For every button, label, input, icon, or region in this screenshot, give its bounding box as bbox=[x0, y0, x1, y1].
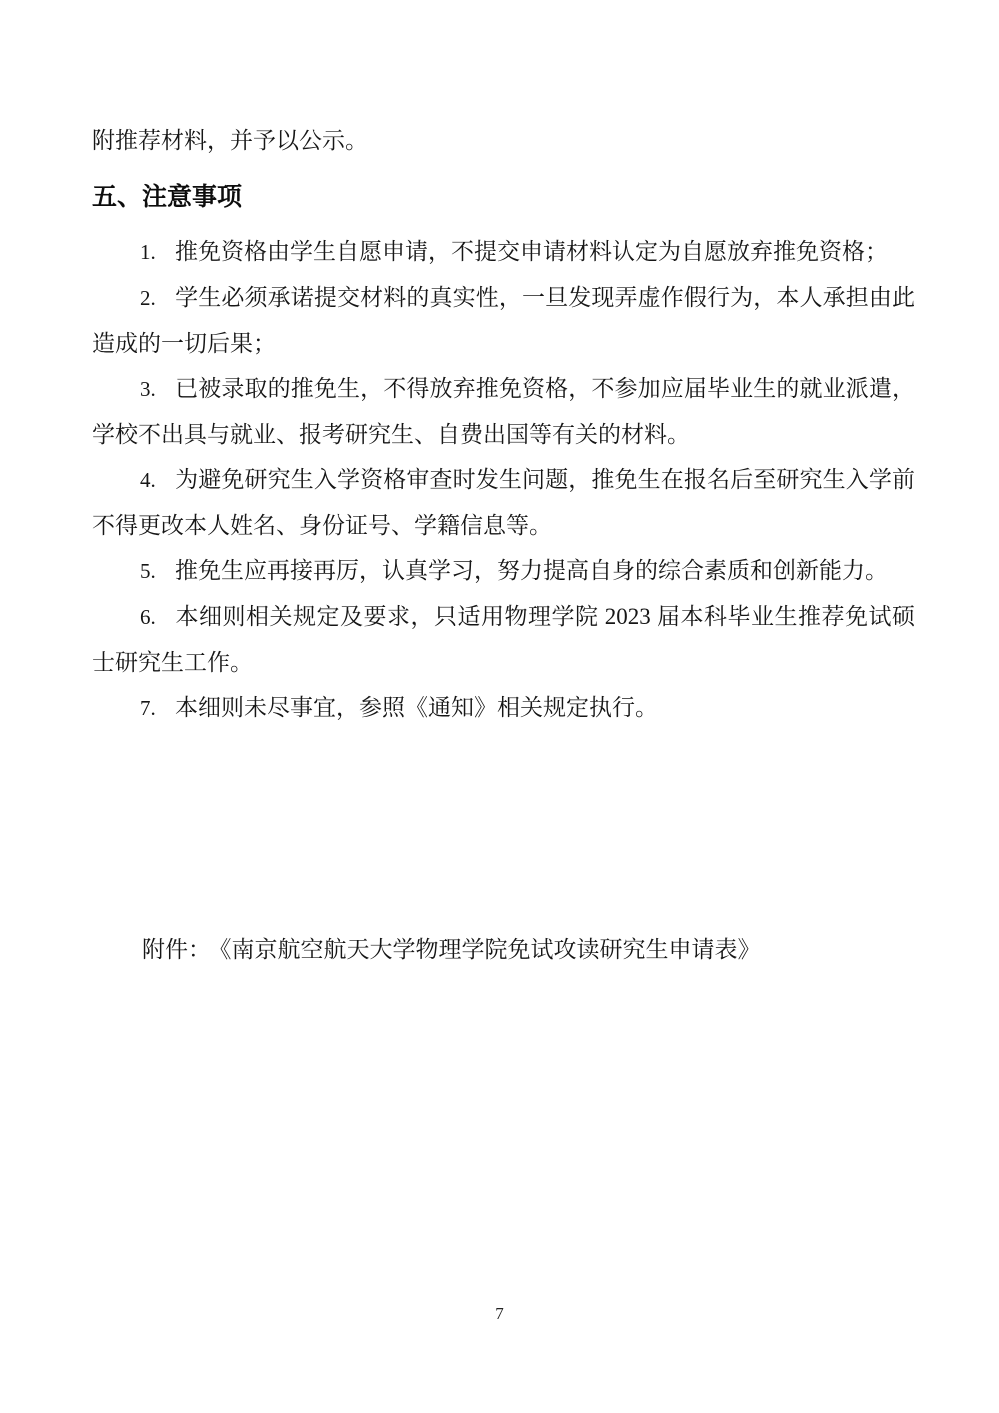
section-heading: 五、注意事项 bbox=[92, 175, 915, 219]
attachment-line: 附件：《南京航空航天大学物理学院免试攻读研究生申请表》 bbox=[92, 927, 915, 972]
list-item: 2.学生必须承诺提交材料的真实性，一旦发现弄虚作假行为，本人承担由此造成的一切后… bbox=[92, 275, 915, 366]
list-item: 4.为避免研究生入学资格审查时发生问题，推免生在报名后至研究生入学前不得更改本人… bbox=[92, 457, 915, 548]
page-content: 附推荐材料，并予以公示。 五、注意事项 1.推免资格由学生自愿申请，不提交申请材… bbox=[92, 118, 915, 972]
page-number: 7 bbox=[0, 1302, 999, 1326]
item-text: 已被录取的推免生，不得放弃推免资格，不参加应届毕业生的就业派遣，学校不出具与就业… bbox=[92, 376, 915, 447]
item-number: 3. bbox=[140, 367, 175, 412]
item-text: 推免生应再接再厉，认真学习，努力提高自身的综合素质和创新能力。 bbox=[175, 558, 888, 583]
item-number: 2. bbox=[140, 276, 175, 321]
item-text: 学生必须承诺提交材料的真实性，一旦发现弄虚作假行为，本人承担由此造成的一切后果； bbox=[92, 285, 915, 356]
item-text: 为避免研究生入学资格审查时发生问题，推免生在报名后至研究生入学前不得更改本人姓名… bbox=[92, 467, 915, 538]
item-text: 本细则相关规定及要求，只适用物理学院 2023 届本科毕业生推荐免试硕士研究生工… bbox=[92, 604, 915, 675]
list-item: 1.推免资格由学生自愿申请，不提交申请材料认定为自愿放弃推免资格； bbox=[92, 229, 915, 275]
list-item: 6.本细则相关规定及要求，只适用物理学院 2023 届本科毕业生推荐免试硕士研究… bbox=[92, 594, 915, 685]
item-number: 4. bbox=[140, 458, 175, 503]
intro-paragraph: 附推荐材料，并予以公示。 bbox=[92, 118, 915, 163]
notes-list: 1.推免资格由学生自愿申请，不提交申请材料认定为自愿放弃推免资格； 2.学生必须… bbox=[92, 229, 915, 731]
list-item: 5.推免生应再接再厉，认真学习，努力提高自身的综合素质和创新能力。 bbox=[92, 548, 915, 594]
item-text: 本细则未尽事宜，参照《通知》相关规定执行。 bbox=[175, 695, 658, 720]
list-item: 3.已被录取的推免生，不得放弃推免资格，不参加应届毕业生的就业派遣，学校不出具与… bbox=[92, 366, 915, 457]
item-number: 7. bbox=[140, 686, 175, 731]
item-number: 6. bbox=[140, 595, 175, 640]
attachment-title: 《南京航空航天大学物理学院免试攻读研究生申请表》 bbox=[220, 937, 761, 962]
list-item: 7.本细则未尽事宜，参照《通知》相关规定执行。 bbox=[92, 685, 915, 731]
item-number: 5. bbox=[140, 549, 175, 594]
document-page: 附推荐材料，并予以公示。 五、注意事项 1.推免资格由学生自愿申请，不提交申请材… bbox=[0, 0, 999, 1413]
attachment-label: 附件： bbox=[142, 937, 211, 962]
item-text: 推免资格由学生自愿申请，不提交申请材料认定为自愿放弃推免资格； bbox=[175, 239, 888, 264]
item-number: 1. bbox=[140, 230, 175, 275]
